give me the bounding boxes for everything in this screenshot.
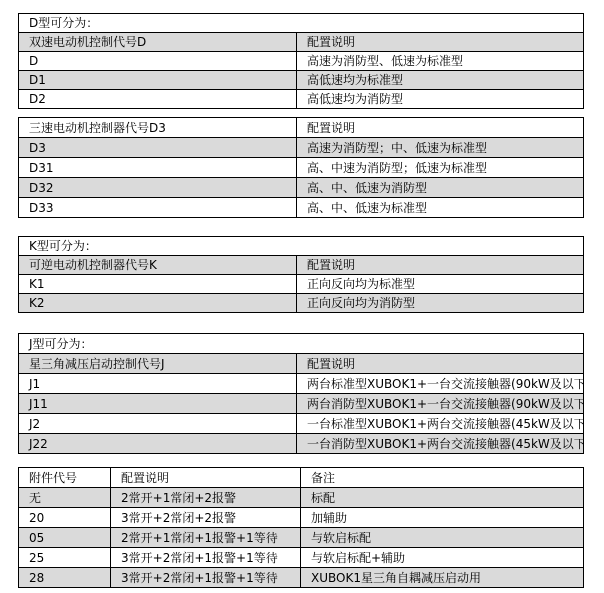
description-cell: 正向反向均为标准型 bbox=[297, 275, 584, 294]
remark-cell: 与软启标配+辅助 bbox=[301, 548, 584, 568]
description-cell: 一台标准型XUBOK1+两台交流接触器(45kW及以下) bbox=[297, 414, 584, 434]
column-header: 备注 bbox=[301, 468, 584, 488]
table-row: J1 两台标准型XUBOK1+一台交流接触器(90kW及以下) bbox=[19, 374, 584, 394]
description-cell: 正向反向均为消防型 bbox=[297, 294, 584, 313]
code-cell: J11 bbox=[19, 394, 297, 414]
code-cell: D bbox=[19, 52, 297, 71]
code-cell: 无 bbox=[19, 488, 111, 508]
table-row: 28 3常开+2常闭+1报警+1等待 XUBOK1星三角自耦减压启动用 bbox=[19, 568, 584, 588]
table-row: D3 高速为消防型；中、低速为标准型 bbox=[19, 138, 584, 158]
description-cell: 高、中、低速为消防型 bbox=[297, 178, 584, 198]
d3-type-table: 三速电动机控制器代号D3 配置说明 D3 高速为消防型；中、低速为标准型 D31… bbox=[18, 117, 584, 218]
table-row: K2 正向反向均为消防型 bbox=[19, 294, 584, 313]
k-type-table: K型可分为： 可逆电动机控制器代号K 配置说明 K1 正向反向均为标准型 K2 … bbox=[18, 236, 584, 313]
column-header: 双速电动机控制代号D bbox=[19, 33, 297, 52]
code-cell: D32 bbox=[19, 178, 297, 198]
code-cell: J2 bbox=[19, 414, 297, 434]
description-cell: 高速为消防型、低速为标准型 bbox=[297, 52, 584, 71]
table-row: 05 2常开+1常闭+1报警+1等待 与软启标配 bbox=[19, 528, 584, 548]
table-row: J22 一台消防型XUBOK1+两台交流接触器(45kW及以下) bbox=[19, 434, 584, 454]
d-type-table: D型可分为： 双速电动机控制代号D 配置说明 D 高速为消防型、低速为标准型 D… bbox=[18, 13, 584, 109]
code-cell: J1 bbox=[19, 374, 297, 394]
table-row: K1 正向反向均为标准型 bbox=[19, 275, 584, 294]
table-title-row: K型可分为： bbox=[19, 237, 584, 256]
table-title: D型可分为： bbox=[19, 14, 584, 33]
description-cell: 高低速均为消防型 bbox=[297, 90, 584, 109]
code-cell: D31 bbox=[19, 158, 297, 178]
table-row: 20 3常开+2常闭+2报警 加辅助 bbox=[19, 508, 584, 528]
remark-cell: 标配 bbox=[301, 488, 584, 508]
table-header-row: 双速电动机控制代号D 配置说明 bbox=[19, 33, 584, 52]
table-row: D31 高、中速为消防型；低速为标准型 bbox=[19, 158, 584, 178]
code-cell: J22 bbox=[19, 434, 297, 454]
description-cell: 一台消防型XUBOK1+两台交流接触器(45kW及以下) bbox=[297, 434, 584, 454]
remark-cell: 与软启标配 bbox=[301, 528, 584, 548]
table-row: 无 2常开+1常闭+2报警 标配 bbox=[19, 488, 584, 508]
table-row: 25 3常开+2常闭+1报警+1等待 与软启标配+辅助 bbox=[19, 548, 584, 568]
column-header: 配置说明 bbox=[111, 468, 301, 488]
table-row: D33 高、中、低速为标准型 bbox=[19, 198, 584, 218]
table-header-row: 三速电动机控制器代号D3 配置说明 bbox=[19, 118, 584, 138]
column-header: 配置说明 bbox=[297, 354, 584, 374]
description-cell: 3常开+2常闭+1报警+1等待 bbox=[111, 548, 301, 568]
table-header-row: 附件代号 配置说明 备注 bbox=[19, 468, 584, 488]
table-header-row: 可逆电动机控制器代号K 配置说明 bbox=[19, 256, 584, 275]
description-cell: 两台标准型XUBOK1+一台交流接触器(90kW及以下) bbox=[297, 374, 584, 394]
description-cell: 高、中速为消防型；低速为标准型 bbox=[297, 158, 584, 178]
column-header: 配置说明 bbox=[297, 118, 584, 138]
description-cell: 高低速均为标准型 bbox=[297, 71, 584, 90]
tables-container: D型可分为： 双速电动机控制代号D 配置说明 D 高速为消防型、低速为标准型 D… bbox=[18, 13, 584, 588]
code-cell: D2 bbox=[19, 90, 297, 109]
description-cell: 3常开+2常闭+1报警+1等待 bbox=[111, 568, 301, 588]
table-row: D1 高低速均为标准型 bbox=[19, 71, 584, 90]
table-title: K型可分为： bbox=[19, 237, 584, 256]
code-cell: 28 bbox=[19, 568, 111, 588]
code-cell: K2 bbox=[19, 294, 297, 313]
table-title-row: D型可分为： bbox=[19, 14, 584, 33]
j-type-table: J型可分为： 星三角减压启动控制代号J 配置说明 J1 两台标准型XUBOK1+… bbox=[18, 333, 584, 454]
column-header: 可逆电动机控制器代号K bbox=[19, 256, 297, 275]
remark-cell: XUBOK1星三角自耦减压启动用 bbox=[301, 568, 584, 588]
document-page: D型可分为： 双速电动机控制代号D 配置说明 D 高速为消防型、低速为标准型 D… bbox=[0, 0, 604, 593]
description-cell: 2常开+1常闭+2报警 bbox=[111, 488, 301, 508]
code-cell: 25 bbox=[19, 548, 111, 568]
accessory-table: 附件代号 配置说明 备注 无 2常开+1常闭+2报警 标配 20 3常开+2常闭… bbox=[18, 467, 584, 588]
description-cell: 高、中、低速为标准型 bbox=[297, 198, 584, 218]
description-cell: 两台消防型XUBOK1+一台交流接触器(90kW及以下) bbox=[297, 394, 584, 414]
description-cell: 高速为消防型；中、低速为标准型 bbox=[297, 138, 584, 158]
table-title-row: J型可分为： bbox=[19, 334, 584, 354]
column-header: 配置说明 bbox=[297, 256, 584, 275]
code-cell: 05 bbox=[19, 528, 111, 548]
description-cell: 3常开+2常闭+2报警 bbox=[111, 508, 301, 528]
table-row: D2 高低速均为消防型 bbox=[19, 90, 584, 109]
table-row: J11 两台消防型XUBOK1+一台交流接触器(90kW及以下) bbox=[19, 394, 584, 414]
remark-cell: 加辅助 bbox=[301, 508, 584, 528]
table-row: D32 高、中、低速为消防型 bbox=[19, 178, 584, 198]
table-row: J2 一台标准型XUBOK1+两台交流接触器(45kW及以下) bbox=[19, 414, 584, 434]
column-header: 三速电动机控制器代号D3 bbox=[19, 118, 297, 138]
column-header: 附件代号 bbox=[19, 468, 111, 488]
code-cell: 20 bbox=[19, 508, 111, 528]
code-cell: D33 bbox=[19, 198, 297, 218]
code-cell: K1 bbox=[19, 275, 297, 294]
column-header: 星三角减压启动控制代号J bbox=[19, 354, 297, 374]
code-cell: D1 bbox=[19, 71, 297, 90]
code-cell: D3 bbox=[19, 138, 297, 158]
description-cell: 2常开+1常闭+1报警+1等待 bbox=[111, 528, 301, 548]
table-header-row: 星三角减压启动控制代号J 配置说明 bbox=[19, 354, 584, 374]
table-title: J型可分为： bbox=[19, 334, 584, 354]
table-row: D 高速为消防型、低速为标准型 bbox=[19, 52, 584, 71]
column-header: 配置说明 bbox=[297, 33, 584, 52]
